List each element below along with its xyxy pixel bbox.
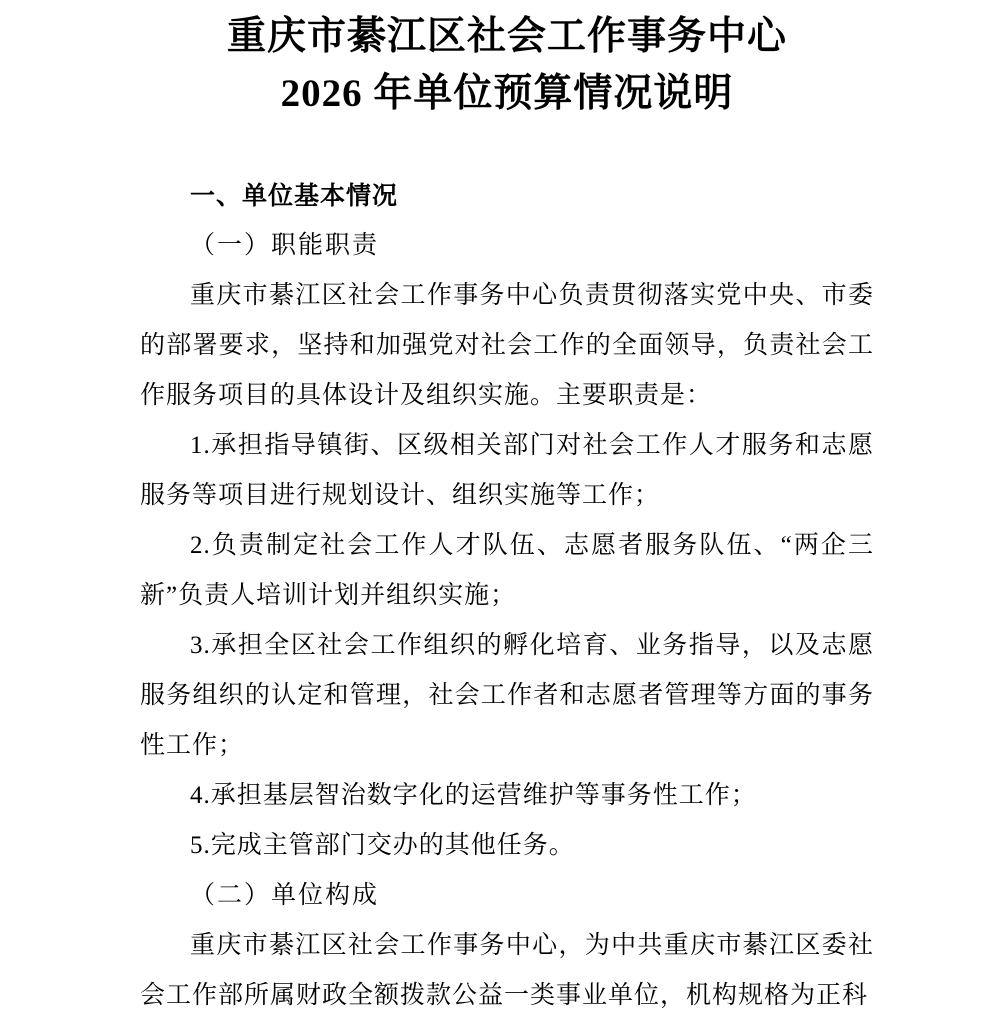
paragraph-functions-intro: 重庆市綦江区社会工作事务中心负责贯彻落实党中央、市委的部署要求，坚持和加强党对社…: [140, 271, 874, 421]
subsection-heading-functions: （一）职能职责: [140, 221, 874, 271]
paragraph-composition: 重庆市綦江区社会工作事务中心，为中共重庆市綦江区委社会工作部所属财政全额拨款公益…: [140, 921, 874, 1013]
document-page: 重庆市綦江区社会工作事务中心 2026 年单位预算情况说明 一、单位基本情况 （…: [0, 0, 1000, 1013]
title-line-1: 重庆市綦江区社会工作事务中心: [140, 8, 874, 65]
duty-item-1: 1.承担指导镇街、区级相关部门对社会工作人才服务和志愿服务等项目进行规划设计、组…: [140, 421, 874, 521]
duty-item-2: 2.负责制定社会工作人才队伍、志愿者服务队伍、“两企三新”负责人培训计划并组织实…: [140, 521, 874, 621]
duty-item-5: 5.完成主管部门交办的其他任务。: [140, 821, 874, 871]
section-heading-basic-info: 一、单位基本情况: [140, 171, 874, 221]
document-title: 重庆市綦江区社会工作事务中心 2026 年单位预算情况说明: [140, 8, 874, 122]
duty-item-3: 3.承担全区社会工作组织的孵化培育、业务指导，以及志愿服务组织的认定和管理，社会…: [140, 621, 874, 771]
document-body: 一、单位基本情况 （一）职能职责 重庆市綦江区社会工作事务中心负责贯彻落实党中央…: [140, 171, 874, 1013]
subsection-heading-composition: （二）单位构成: [140, 871, 874, 921]
duty-item-4: 4.承担基层智治数字化的运营维护等事务性工作；: [140, 771, 874, 821]
title-line-2: 2026 年单位预算情况说明: [140, 65, 874, 122]
